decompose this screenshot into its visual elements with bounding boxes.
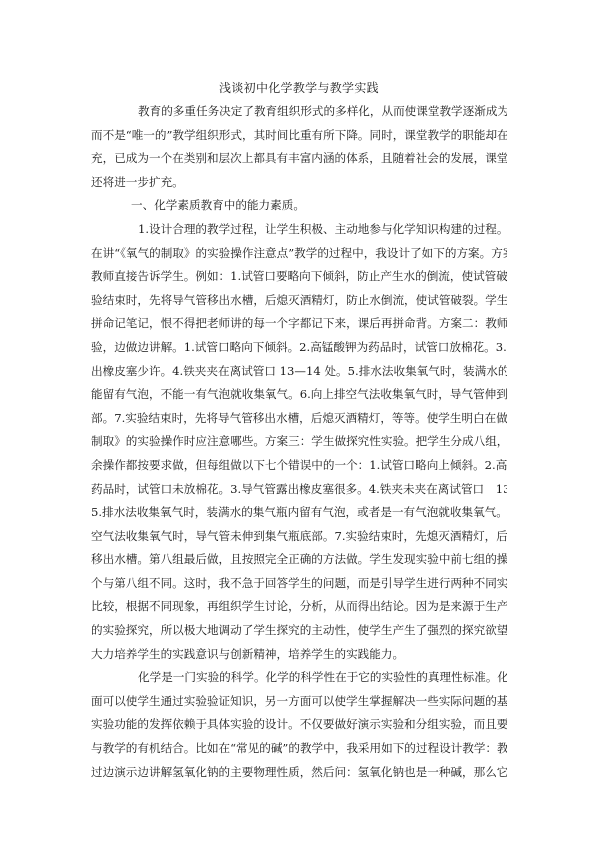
text-line: 过边演示边讲解氢氧化钠的主要物理性质，然后问：氢氧化钠也是一种碱，那么它的化学性 xyxy=(91,761,507,785)
text-line: 5.排水法收集氧气时，装满水的集气瓶内留有气泡，或者是一有气泡就收集氧气。6.向… xyxy=(91,501,507,525)
text-line: 与教学的有机结合。比如在“常见的碱”的教学中，我采用如下的过程设计教学：教师先通 xyxy=(91,737,507,761)
text-line: 1.设计合理的教学过程，让学生积极、主动地参与化学知识构建的过程。 例如 xyxy=(91,218,507,242)
text-line: 验结束时，先将导气管移出水槽，后熄灭酒精灯，防止水倒流，使试管破裂。学生在课堂上 xyxy=(91,289,507,313)
text-line: 一、化学素质教育中的能力素质。 xyxy=(91,194,507,218)
document-body: 教育的多重任务决定了教育组织形式的多样化，从而使课堂教学逐渐成为“重要的”而不是… xyxy=(91,100,507,784)
text-line: 拼命记笔记，恨不得把老师讲的每一个字都记下来，课后再拼命背。方案二：教师做演示实 xyxy=(91,312,507,336)
text-line: 教师直接告诉学生。例如：1.试管口要略向下倾斜，防止产生水的倒流，使试管破裂。2… xyxy=(91,265,507,289)
text-line: 比较，根据不同现象，再组织学生讨论，分析，从而得出结论。因为是来源于生产生活实际 xyxy=(91,595,507,619)
document-title: 浅谈初中化学教学与教学实践 xyxy=(91,78,507,98)
text-line: 部。7.实验结束时，先将导气管移出水槽，后熄灭酒精灯，等等。使学生明白在做《氧气… xyxy=(91,407,507,431)
text-line: 药品时，试管口未放棉花。3.导气管露出橡皮塞很多。4.铁夹未夹在离试管口 13—… xyxy=(91,478,507,502)
text-line: 大力培养学生的实践意识与创新精神，培养学生的实践能力。 xyxy=(91,643,507,667)
text-line: 余操作都按要求做，但每组做以下七个错误中的一个：1.试管口略向上倾斜。2.高锰酸… xyxy=(91,454,507,478)
text-line: 化学是一门实验的科学。化学的科学性在于它的实验性的真理性标准。化学实验一方 xyxy=(91,666,507,690)
text-line: 教育的多重任务决定了教育组织形式的多样化，从而使课堂教学逐渐成为“重要的” xyxy=(91,100,507,124)
text-line: 的实验探究，所以极大地调动了学生探究的主动性，使学生产生了强烈的探究欲望。 2. xyxy=(91,619,507,643)
text-line: 实验功能的发挥依赖于具体实验的设计。不仅要做好演示实验和分组实验，而且要注意实验 xyxy=(91,713,507,737)
text-line: 空气法收集氧气时，导气管未伸到集气瓶底部。7.实验结束时，先熄灭酒精灯，后将导气… xyxy=(91,525,507,549)
text-line: 而不是“唯一的”教学组织形式，其时间比重有所下降。同时，课堂教学的职能却在逐渐扩 xyxy=(91,124,507,148)
text-line: 制取》的实验操作时应注意哪些。方案三：学生做探究性实验。把学生分成八组，前七组其 xyxy=(91,430,507,454)
text-line: 移出水槽。第八组最后做，且按照完全正确的方法做。学生发现实验中前七组的操作都有一 xyxy=(91,548,507,572)
text-line: 还将进一步扩充。 xyxy=(91,171,507,195)
text-line: 出橡皮塞少许。4.铁夹夹在离试管口 13—14 处。5.排水法收集氧气时，装满水… xyxy=(91,360,507,384)
text-line: 能留有气泡，不能一有气泡就收集氧气。6.向上排空气法收集氧气时，导气管伸到集气瓶… xyxy=(91,383,507,407)
text-line: 充，已成为一个在类别和层次上都具有丰富内涵的体系，且随着社会的发展，课堂教学职能 xyxy=(91,147,507,171)
document-page: 浅谈初中化学教学与教学实践 教育的多重任务决定了教育组织形式的多样化，从而使课堂… xyxy=(91,78,507,784)
text-line: 在讲“《氧气的制取》的实验操作注意点”教学的过程中，我设计了如下的方案。方案一： xyxy=(91,242,507,266)
text-line: 个与第八组不同。这时，我不急于回答学生的问题，而是引导学生进行两种不同实验操作的 xyxy=(91,572,507,596)
text-line: 面可以使学生通过实验验证知识，另一方面可以使学生掌握解决一些实际问题的基本技能。 xyxy=(91,690,507,714)
text-line: 验，边做边讲解。1.试管口略向下倾斜。2.高锰酸钾为药品时，试管口放棉花。3.导… xyxy=(91,336,507,360)
